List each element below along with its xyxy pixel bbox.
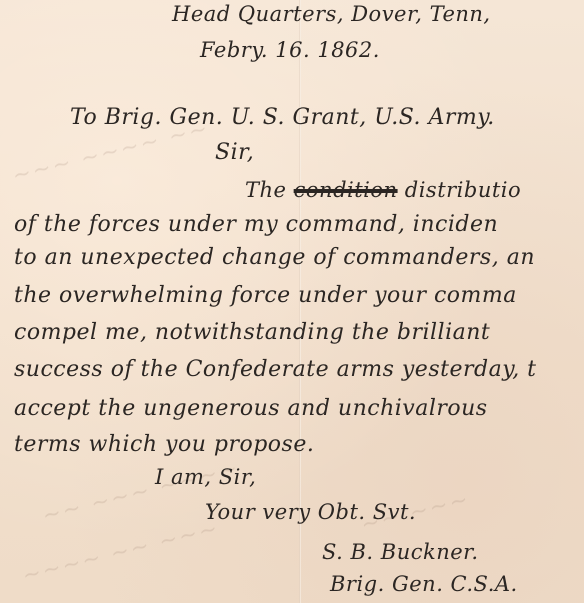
body-line-2: of the forces under my command, inciden xyxy=(14,212,498,237)
body-line-6: success of the Confederate arms yesterda… xyxy=(14,357,537,382)
body-line-1: The condition distributio xyxy=(245,178,521,202)
addressee: To Brig. Gen. U. S. Grant, U.S. Army. xyxy=(70,105,495,130)
body-line-7: accept the ungenerous and unchivalrous xyxy=(14,396,488,421)
body-line-5: compel me, notwithstanding the brilliant xyxy=(14,320,490,345)
letter-page: ~~~ ~~~~ ~~ ~~ ~~~ ~~~~ ~~~~ ~~ ~~~ ~~ ~… xyxy=(0,0,584,603)
signature-rank: Brig. Gen. C.S.A. xyxy=(330,572,518,596)
body-line-3: to an unexpected change of commanders, a… xyxy=(14,245,535,270)
body-line-1-rest: distributio xyxy=(405,178,521,202)
body-line-4: the overwhelming force under your comma xyxy=(14,283,517,308)
body-line-1-prefix: The xyxy=(245,178,286,202)
signature-name: S. B. Buckner. xyxy=(322,540,479,564)
body-line-8: terms which you propose. xyxy=(14,432,314,457)
salutation: Sir, xyxy=(215,140,254,165)
closing-line-1: I am, Sir, xyxy=(155,465,256,489)
struck-word: condition xyxy=(294,178,398,202)
heading-date: Febry. 16. 1862. xyxy=(200,38,380,62)
closing-line-2: Your very Obt. Svt. xyxy=(205,500,416,524)
heading-place: Head Quarters, Dover, Tenn, xyxy=(172,2,491,26)
